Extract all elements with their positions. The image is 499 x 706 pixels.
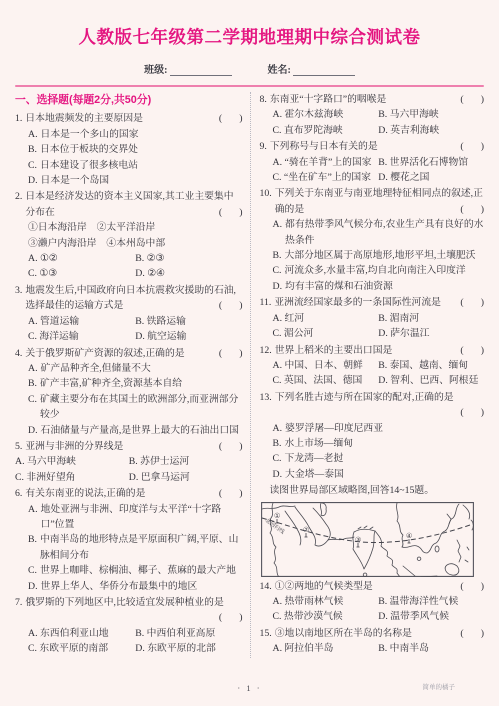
option-letter: C. bbox=[273, 451, 282, 466]
question-10: 10.下列关于东南亚与南亚地理特征相同点的叙述,正确的是( )A.都有热带季风气… bbox=[260, 186, 485, 294]
student-info-row: 班级: 姓名: bbox=[15, 61, 484, 76]
option-text: 地处亚洲与非洲、印度洋与太平洋“十字路口”位置 bbox=[41, 502, 243, 533]
option-A: A.婆罗浮屠—印度尼西亚 bbox=[260, 421, 485, 436]
question-stem-row: 14.①②两地的气候类型是( ) bbox=[260, 579, 485, 594]
question-number: 9. bbox=[260, 139, 267, 154]
option-C: C.河流众多,水量丰富,均自北向南注入印度洋 bbox=[260, 263, 485, 278]
map-marker-1: ① bbox=[274, 512, 280, 520]
option-B: B.日本位于板块的交界处 bbox=[15, 142, 243, 157]
option-A: A.都有热带季风气候分布,农业生产具有良好的水热条件 bbox=[260, 217, 485, 248]
option-pair: A. 马六甲海峡B. 苏伊士运河 bbox=[15, 454, 243, 469]
question-number: 4. bbox=[15, 346, 22, 361]
question-stem: 亚洲流经国家最多的一条国际性河流是( ) bbox=[274, 295, 484, 310]
option-pair: A. 热带雨林气候B. 温带海洋性气候 bbox=[260, 594, 485, 609]
right-column: 8.东南亚“十字路口”的咽喉是( )A. 霍尔木兹海峡B. 马六甲海峡C. 直布… bbox=[250, 92, 485, 658]
question-5: 5.亚洲与非洲的分界线是( )A. 马六甲海峡B. 苏伊士运河C. 非洲好望角D… bbox=[15, 439, 243, 485]
question-stem: 俄罗斯的下列地区中,比较适宜发展种植业的是 bbox=[25, 595, 242, 610]
option-A: A. 马六甲海峡 bbox=[15, 454, 129, 469]
answer-bracket: ( ) bbox=[219, 439, 243, 454]
question-9: 9.下列称号与日本有关的是( )A. “骑在羊背”上的国家B. 世界活化石博物馆… bbox=[260, 139, 485, 185]
option-pair: C. 非洲好望角D. 巴拿马运河 bbox=[15, 470, 243, 485]
option-B: B. 泰国、越南、缅甸 bbox=[378, 358, 468, 373]
question-stem-row: 1.日本地震频发的主要原因是( ) bbox=[15, 111, 243, 126]
answer-bracket: ( ) bbox=[219, 111, 243, 126]
map-caption: 读图世界局部区域略图,回答14~15题。 bbox=[260, 483, 485, 498]
question-3: 3.地震发生后,中国政府向日本抗震救灾援助的石油,选择最佳的运输方式是( )A.… bbox=[15, 283, 243, 345]
option-pair: C. 英国、法国、德国D. 智利、巴西、阿根廷 bbox=[260, 373, 485, 388]
option-letter: C. bbox=[273, 263, 282, 278]
option-text: 婆罗浮屠—印度尼西亚 bbox=[285, 421, 484, 436]
option-D: D.世界上华人、华侨分布最集中的地区 bbox=[15, 579, 243, 594]
region-map: 北回归线 ① ② ③ ④ bbox=[261, 502, 474, 577]
option-B: B.中南半岛的地形特点是平原面积广阔,平原、山脉相间分布 bbox=[15, 532, 243, 563]
option-D: D. 樱花之国 bbox=[378, 170, 429, 185]
option-B: B. 世界活化石博物馆 bbox=[378, 155, 468, 170]
option-letter: A. bbox=[28, 127, 38, 142]
sub-item: ①日本海沿岸 ②太平洋沿岸 bbox=[15, 220, 243, 235]
option-B: B. 温带海洋性气候 bbox=[378, 594, 458, 609]
option-C: C. 直布罗陀海峡 bbox=[273, 123, 379, 138]
option-A: A. 霍尔木兹海峡 bbox=[273, 107, 379, 122]
question-number: 8. bbox=[260, 92, 267, 107]
question-stem: 关于俄罗斯矿产资源的叙述,正确的是( ) bbox=[25, 346, 242, 361]
option-A: A. 红河 bbox=[273, 311, 379, 326]
option-A: A. 热带雨林气候 bbox=[273, 594, 379, 609]
option-pair: C. 直布罗陀海峡D. 英吉利海峡 bbox=[260, 123, 485, 138]
question-stem: ①②两地的气候类型是( ) bbox=[275, 579, 484, 594]
watermark: 简单的橘子 bbox=[423, 682, 456, 691]
map-marker-2: ② bbox=[303, 526, 309, 534]
question-4: 4.关于俄罗斯矿产资源的叙述,正确的是( )A.矿产品种齐全,但储量不大B.矿产… bbox=[15, 346, 243, 438]
question-stem: ③地以南地区所在半岛的名称是( ) bbox=[275, 626, 484, 641]
left-column: 一、选择题(每题2分,共50分) 1.日本地震频发的主要原因是( )A.日本是一… bbox=[15, 92, 250, 658]
option-C: C. 海洋运输 bbox=[28, 329, 135, 344]
question-7: 7.俄罗斯的下列地区中,比较适宜发展种植业的是( )A. 东西伯利亚山地B. 中… bbox=[15, 595, 243, 657]
option-pair: A. 红河B. 湄南河 bbox=[260, 311, 485, 326]
answer-bracket: ( ) bbox=[460, 295, 484, 310]
left-column-questions: 1.日本地震频发的主要原因是( )A.日本是一个多山的国家B.日本位于板块的交界… bbox=[15, 111, 243, 656]
option-letter: D. bbox=[273, 467, 283, 482]
question-stem-row: 13.下列名胜古迹与所在国家的配对,正确的是 bbox=[260, 390, 485, 405]
answer-bracket: ( ) bbox=[219, 346, 243, 361]
question-stem: 下列称号与日本有关的是( ) bbox=[270, 139, 484, 154]
answer-bracket: ( ) bbox=[219, 205, 243, 220]
map-marker-4: ④ bbox=[406, 532, 412, 540]
option-letter: A. bbox=[273, 217, 283, 248]
right-column-questions-bottom: 14.①②两地的气候类型是( )A. 热带雨林气候B. 温带海洋性气候C. 热带… bbox=[260, 579, 485, 657]
option-D: D. 萨尔温江 bbox=[378, 326, 429, 341]
option-pair: C. “坐在矿车”上的国家D. 樱花之国 bbox=[260, 170, 485, 185]
option-letter: A. bbox=[273, 421, 283, 436]
option-pair: C. 海洋运输D. 航空运输 bbox=[15, 329, 243, 344]
option-letter: B. bbox=[28, 142, 37, 157]
map-figure: 读图世界局部区域略图,回答14~15题。 bbox=[260, 483, 485, 576]
option-text: 日本位于板块的交界处 bbox=[40, 142, 243, 157]
question-number: 14. bbox=[260, 579, 272, 594]
option-pair: C. 湄公河D. 萨尔温江 bbox=[260, 326, 485, 341]
option-text: 均有丰富的煤和石油资源 bbox=[285, 279, 484, 294]
option-pair: A. ①②B. ②③ bbox=[15, 251, 243, 266]
option-letter: C. bbox=[28, 392, 37, 423]
option-letter: B. bbox=[28, 376, 37, 391]
option-B: B. ②③ bbox=[135, 251, 164, 266]
option-B: B. 湄南河 bbox=[378, 311, 419, 326]
question-stem-row: 11.亚洲流经国家最多的一条国际性河流是( ) bbox=[260, 295, 485, 310]
question-stem: 世界上稻米的主要出口国是( ) bbox=[275, 343, 484, 358]
question-number: 13. bbox=[260, 390, 272, 405]
question-number: 7. bbox=[15, 595, 22, 610]
option-A: A.矿产品种齐全,但储量不大 bbox=[15, 361, 243, 376]
option-B: B.大部分地区属于高原地形,地形平坦,土壤肥沃 bbox=[260, 248, 485, 263]
option-D: D. 东欧平原的北部 bbox=[135, 641, 216, 656]
answer-bracket: ( ) bbox=[460, 202, 484, 217]
option-C: C.日本建设了很多核电站 bbox=[15, 158, 243, 173]
option-letter: B. bbox=[273, 436, 282, 451]
option-pair: C. 热带沙漠气候D. 温带季风气候 bbox=[260, 609, 485, 624]
option-letter: A. bbox=[28, 502, 38, 533]
option-B: B.水上市场—缅甸 bbox=[260, 436, 485, 451]
option-pair: A. 阿拉伯半岛B. 中南半岛 bbox=[260, 641, 485, 656]
option-A: A.日本是一个多山的国家 bbox=[15, 127, 243, 142]
answer-bracket: ( ) bbox=[460, 92, 484, 107]
option-text: 日本建设了很多核电站 bbox=[40, 158, 243, 173]
question-stem-row: 12.世界上稻米的主要出口国是( ) bbox=[260, 343, 485, 358]
option-text: 都有热带季风气候分布,农业生产具有良好的水热条件 bbox=[285, 217, 484, 248]
question-stem: 有关东南亚的说法,正确的是( ) bbox=[25, 486, 242, 501]
option-C: C. 东欧平原的南部 bbox=[28, 641, 135, 656]
answer-bracket: ( ) bbox=[219, 298, 243, 313]
option-B: B. 中西伯利亚高原 bbox=[135, 626, 215, 641]
option-letter: D. bbox=[28, 173, 38, 188]
option-D: D. 航空运输 bbox=[135, 329, 186, 344]
question-number: 6. bbox=[15, 486, 22, 501]
question-stem: 东南亚“十字路口”的咽喉是( ) bbox=[270, 92, 484, 107]
option-pair: A. “骑在羊背”上的国家B. 世界活化石博物馆 bbox=[260, 155, 485, 170]
option-D: D.石油储量与产量高,是世界上最大的石油出口国 bbox=[15, 423, 243, 438]
option-D: D. 英吉利海峡 bbox=[378, 123, 439, 138]
question-stem: 日本是经济发达的资本主义国家,其工业主要集中分布在( ) bbox=[25, 189, 242, 220]
option-D: D.均有丰富的煤和石油资源 bbox=[260, 279, 485, 294]
answer-bracket: ( ) bbox=[260, 405, 485, 420]
question-stem: 地震发生后,中国政府向日本抗震救灾援助的石油,选择最佳的运输方式是( ) bbox=[25, 283, 242, 314]
question-8: 8.东南亚“十字路口”的咽喉是( )A. 霍尔木兹海峡B. 马六甲海峡C. 直布… bbox=[260, 92, 485, 138]
option-letter: C. bbox=[28, 563, 37, 578]
question-stem-row: 2.日本是经济发达的资本主义国家,其工业主要集中分布在( ) bbox=[15, 189, 243, 220]
question-stem: 亚洲与非洲的分界线是( ) bbox=[25, 439, 242, 454]
question-13: 13.下列名胜古迹与所在国家的配对,正确的是( )A.婆罗浮屠—印度尼西亚B.水… bbox=[260, 390, 485, 482]
question-12: 12.世界上稻米的主要出口国是( )A. 中国、日本、朝鲜B. 泰国、越南、缅甸… bbox=[260, 343, 485, 389]
option-B: B. 中南半岛 bbox=[378, 641, 429, 656]
option-C: C. 英国、法国、德国 bbox=[273, 373, 379, 388]
option-text: 世界上华人、华侨分布最集中的地区 bbox=[41, 579, 243, 594]
question-number: 11. bbox=[260, 295, 272, 310]
option-pair: C. 东欧平原的南部D. 东欧平原的北部 bbox=[15, 641, 243, 656]
question-stem-row: 4.关于俄罗斯矿产资源的叙述,正确的是( ) bbox=[15, 346, 243, 361]
question-stem: 下列关于东南亚与南亚地理特征相同点的叙述,正确的是( ) bbox=[275, 186, 484, 217]
right-column-questions-top: 8.东南亚“十字路口”的咽喉是( )A. 霍尔木兹海峡B. 马六甲海峡C. 直布… bbox=[260, 92, 485, 482]
question-stem: 日本地震频发的主要原因是( ) bbox=[25, 111, 242, 126]
option-text: 河流众多,水量丰富,均自北向南注入印度洋 bbox=[284, 263, 484, 278]
name-label: 姓名: bbox=[268, 61, 291, 76]
name-blank-line bbox=[293, 64, 355, 76]
answer-bracket: ( ) bbox=[460, 626, 484, 641]
question-number: 5. bbox=[15, 439, 22, 454]
option-text: 世界上咖啡、棕榈油、椰子、蕉麻的最大产地 bbox=[40, 563, 243, 578]
option-C: C. 热带沙漠气候 bbox=[273, 609, 379, 624]
option-B: B.矿产丰富,矿种齐全,资源基本自给 bbox=[15, 376, 243, 391]
option-A: A. 管道运输 bbox=[28, 314, 135, 329]
option-C: C. 湄公河 bbox=[273, 326, 379, 341]
class-field: 班级: bbox=[144, 61, 231, 76]
option-letter: D. bbox=[28, 423, 38, 438]
option-text: 水上市场—缅甸 bbox=[284, 436, 484, 451]
question-stem-row: 8.东南亚“十字路口”的咽喉是( ) bbox=[260, 92, 485, 107]
option-C: C.世界上咖啡、棕榈油、椰子、蕉麻的最大产地 bbox=[15, 563, 243, 578]
option-A: A. 东西伯利亚山地 bbox=[28, 626, 135, 641]
option-text: 大部分地区属于高原地形,地形平坦,土壤肥沃 bbox=[284, 248, 484, 263]
option-D: D. 温带季风气候 bbox=[378, 609, 449, 624]
option-text: 石油储量与产量高,是世界上最大的石油出口国 bbox=[41, 423, 243, 438]
option-letter: D. bbox=[273, 279, 283, 294]
option-text: 矿产丰富,矿种齐全,资源基本自给 bbox=[40, 376, 243, 391]
map-border bbox=[261, 502, 473, 576]
option-pair: A. 东西伯利亚山地B. 中西伯利亚高原 bbox=[15, 626, 243, 641]
two-column-body: 一、选择题(每题2分,共50分) 1.日本地震频发的主要原因是( )A.日本是一… bbox=[15, 92, 484, 658]
option-B: B. 马六甲海峡 bbox=[378, 107, 438, 122]
question-number: 2. bbox=[15, 189, 22, 220]
answer-bracket: ( ) bbox=[15, 610, 243, 625]
option-C: C. “坐在矿车”上的国家 bbox=[273, 170, 379, 185]
option-D: D. 智利、巴西、阿根廷 bbox=[378, 373, 478, 388]
question-11: 11.亚洲流经国家最多的一条国际性河流是( )A. 红河B. 湄南河C. 湄公河… bbox=[260, 295, 485, 341]
map-marker-3: ③ bbox=[355, 536, 361, 544]
option-A: A. 中国、日本、朝鲜 bbox=[273, 358, 379, 373]
option-text: 下龙湾—老挝 bbox=[284, 451, 484, 466]
option-A: A. ①② bbox=[28, 251, 135, 266]
option-text: 日本是一个岛国 bbox=[41, 173, 243, 188]
question-stem-row: 7.俄罗斯的下列地区中,比较适宜发展种植业的是 bbox=[15, 595, 243, 610]
option-letter: C. bbox=[28, 158, 37, 173]
answer-bracket: ( ) bbox=[460, 579, 484, 594]
question-stem-row: 5.亚洲与非洲的分界线是( ) bbox=[15, 439, 243, 454]
header-divider-rule bbox=[15, 85, 484, 87]
sub-item: ③濑户内海沿岸 ④本州岛中部 bbox=[15, 236, 243, 251]
option-pair: C. ①③D. ②④ bbox=[15, 266, 243, 281]
option-text: 矿产品种齐全,但储量不大 bbox=[41, 361, 243, 376]
name-field: 姓名: bbox=[268, 61, 355, 76]
option-A: A. “骑在羊背”上的国家 bbox=[273, 155, 379, 170]
class-blank-line bbox=[170, 64, 232, 76]
answer-bracket: ( ) bbox=[460, 343, 484, 358]
question-stem: 下列名胜古迹与所在国家的配对,正确的是 bbox=[275, 390, 484, 405]
question-2: 2.日本是经济发达的资本主义国家,其工业主要集中分布在( )①日本海沿岸 ②太平… bbox=[15, 189, 243, 281]
question-14: 14.①②两地的气候类型是( )A. 热带雨林气候B. 温带海洋性气候C. 热带… bbox=[260, 579, 485, 625]
option-A: A.地处亚洲与非洲、印度洋与太平洋“十字路口”位置 bbox=[15, 502, 243, 533]
question-number: 10. bbox=[260, 186, 272, 217]
question-stem-row: 6.有关东南亚的说法,正确的是( ) bbox=[15, 486, 243, 501]
option-D: D. ②④ bbox=[135, 266, 165, 281]
option-pair: A. 管道运输B. 铁路运输 bbox=[15, 314, 243, 329]
option-text: 日本是一个多山的国家 bbox=[41, 127, 243, 142]
option-C: C.下龙湾—老挝 bbox=[260, 451, 485, 466]
question-stem-row: 15.③地以南地区所在半岛的名称是( ) bbox=[260, 626, 485, 641]
option-text: 大金塔—泰国 bbox=[285, 467, 484, 482]
option-B: B. 苏伊士运河 bbox=[129, 454, 189, 469]
option-letter: B. bbox=[273, 248, 282, 263]
question-6: 6.有关东南亚的说法,正确的是( )A.地处亚洲与非洲、印度洋与太平洋“十字路口… bbox=[15, 486, 243, 594]
question-number: 1. bbox=[15, 111, 22, 126]
exam-paper-page: 人教版七年级第二学期地理期中综合测试卷 班级: 姓名: 一、选择题(每题2分,共… bbox=[0, 0, 499, 706]
tropic-of-cancer-line bbox=[262, 518, 473, 543]
option-C: C.矿藏主要分布在其国土的欧洲部分,而亚洲部分较少 bbox=[15, 392, 243, 423]
option-letter: D. bbox=[28, 579, 38, 594]
option-D: D.大金塔—泰国 bbox=[260, 467, 485, 482]
paper-title: 人教版七年级第二学期地理期中综合测试卷 bbox=[15, 24, 484, 49]
option-D: D. 巴拿马运河 bbox=[129, 470, 190, 485]
option-C: C. ①③ bbox=[28, 266, 135, 281]
question-stem-row: 9.下列称号与日本有关的是( ) bbox=[260, 139, 485, 154]
option-pair: A. 霍尔木兹海峡B. 马六甲海峡 bbox=[260, 107, 485, 122]
option-pair: A. 中国、日本、朝鲜B. 泰国、越南、缅甸 bbox=[260, 358, 485, 373]
option-letter: B. bbox=[28, 532, 37, 563]
question-number: 3. bbox=[15, 283, 22, 314]
question-number: 12. bbox=[260, 343, 272, 358]
question-stem-row: 3.地震发生后,中国政府向日本抗震救灾援助的石油,选择最佳的运输方式是( ) bbox=[15, 283, 243, 314]
class-label: 班级: bbox=[144, 61, 167, 76]
question-15: 15.③地以南地区所在半岛的名称是( )A. 阿拉伯半岛B. 中南半岛 bbox=[260, 626, 485, 657]
question-stem-row: 10.下列关于东南亚与南亚地理特征相同点的叙述,正确的是( ) bbox=[260, 186, 485, 217]
answer-bracket: ( ) bbox=[460, 139, 484, 154]
option-D: D.日本是一个岛国 bbox=[15, 173, 243, 188]
option-B: B. 铁路运输 bbox=[135, 314, 186, 329]
option-A: A. 阿拉伯半岛 bbox=[273, 641, 379, 656]
coastlines bbox=[262, 503, 473, 577]
option-letter: A. bbox=[28, 361, 38, 376]
option-text: 中南半岛的地形特点是平原面积广阔,平原、山脉相间分布 bbox=[40, 532, 243, 563]
option-C: C. 非洲好望角 bbox=[15, 470, 129, 485]
option-text: 矿藏主要分布在其国土的欧洲部分,而亚洲部分较少 bbox=[40, 392, 243, 423]
question-number: 15. bbox=[260, 626, 272, 641]
question-1: 1.日本地震频发的主要原因是( )A.日本是一个多山的国家B.日本位于板块的交界… bbox=[15, 111, 243, 188]
answer-bracket: ( ) bbox=[219, 486, 243, 501]
section-heading: 一、选择题(每题2分,共50分) bbox=[15, 93, 243, 108]
